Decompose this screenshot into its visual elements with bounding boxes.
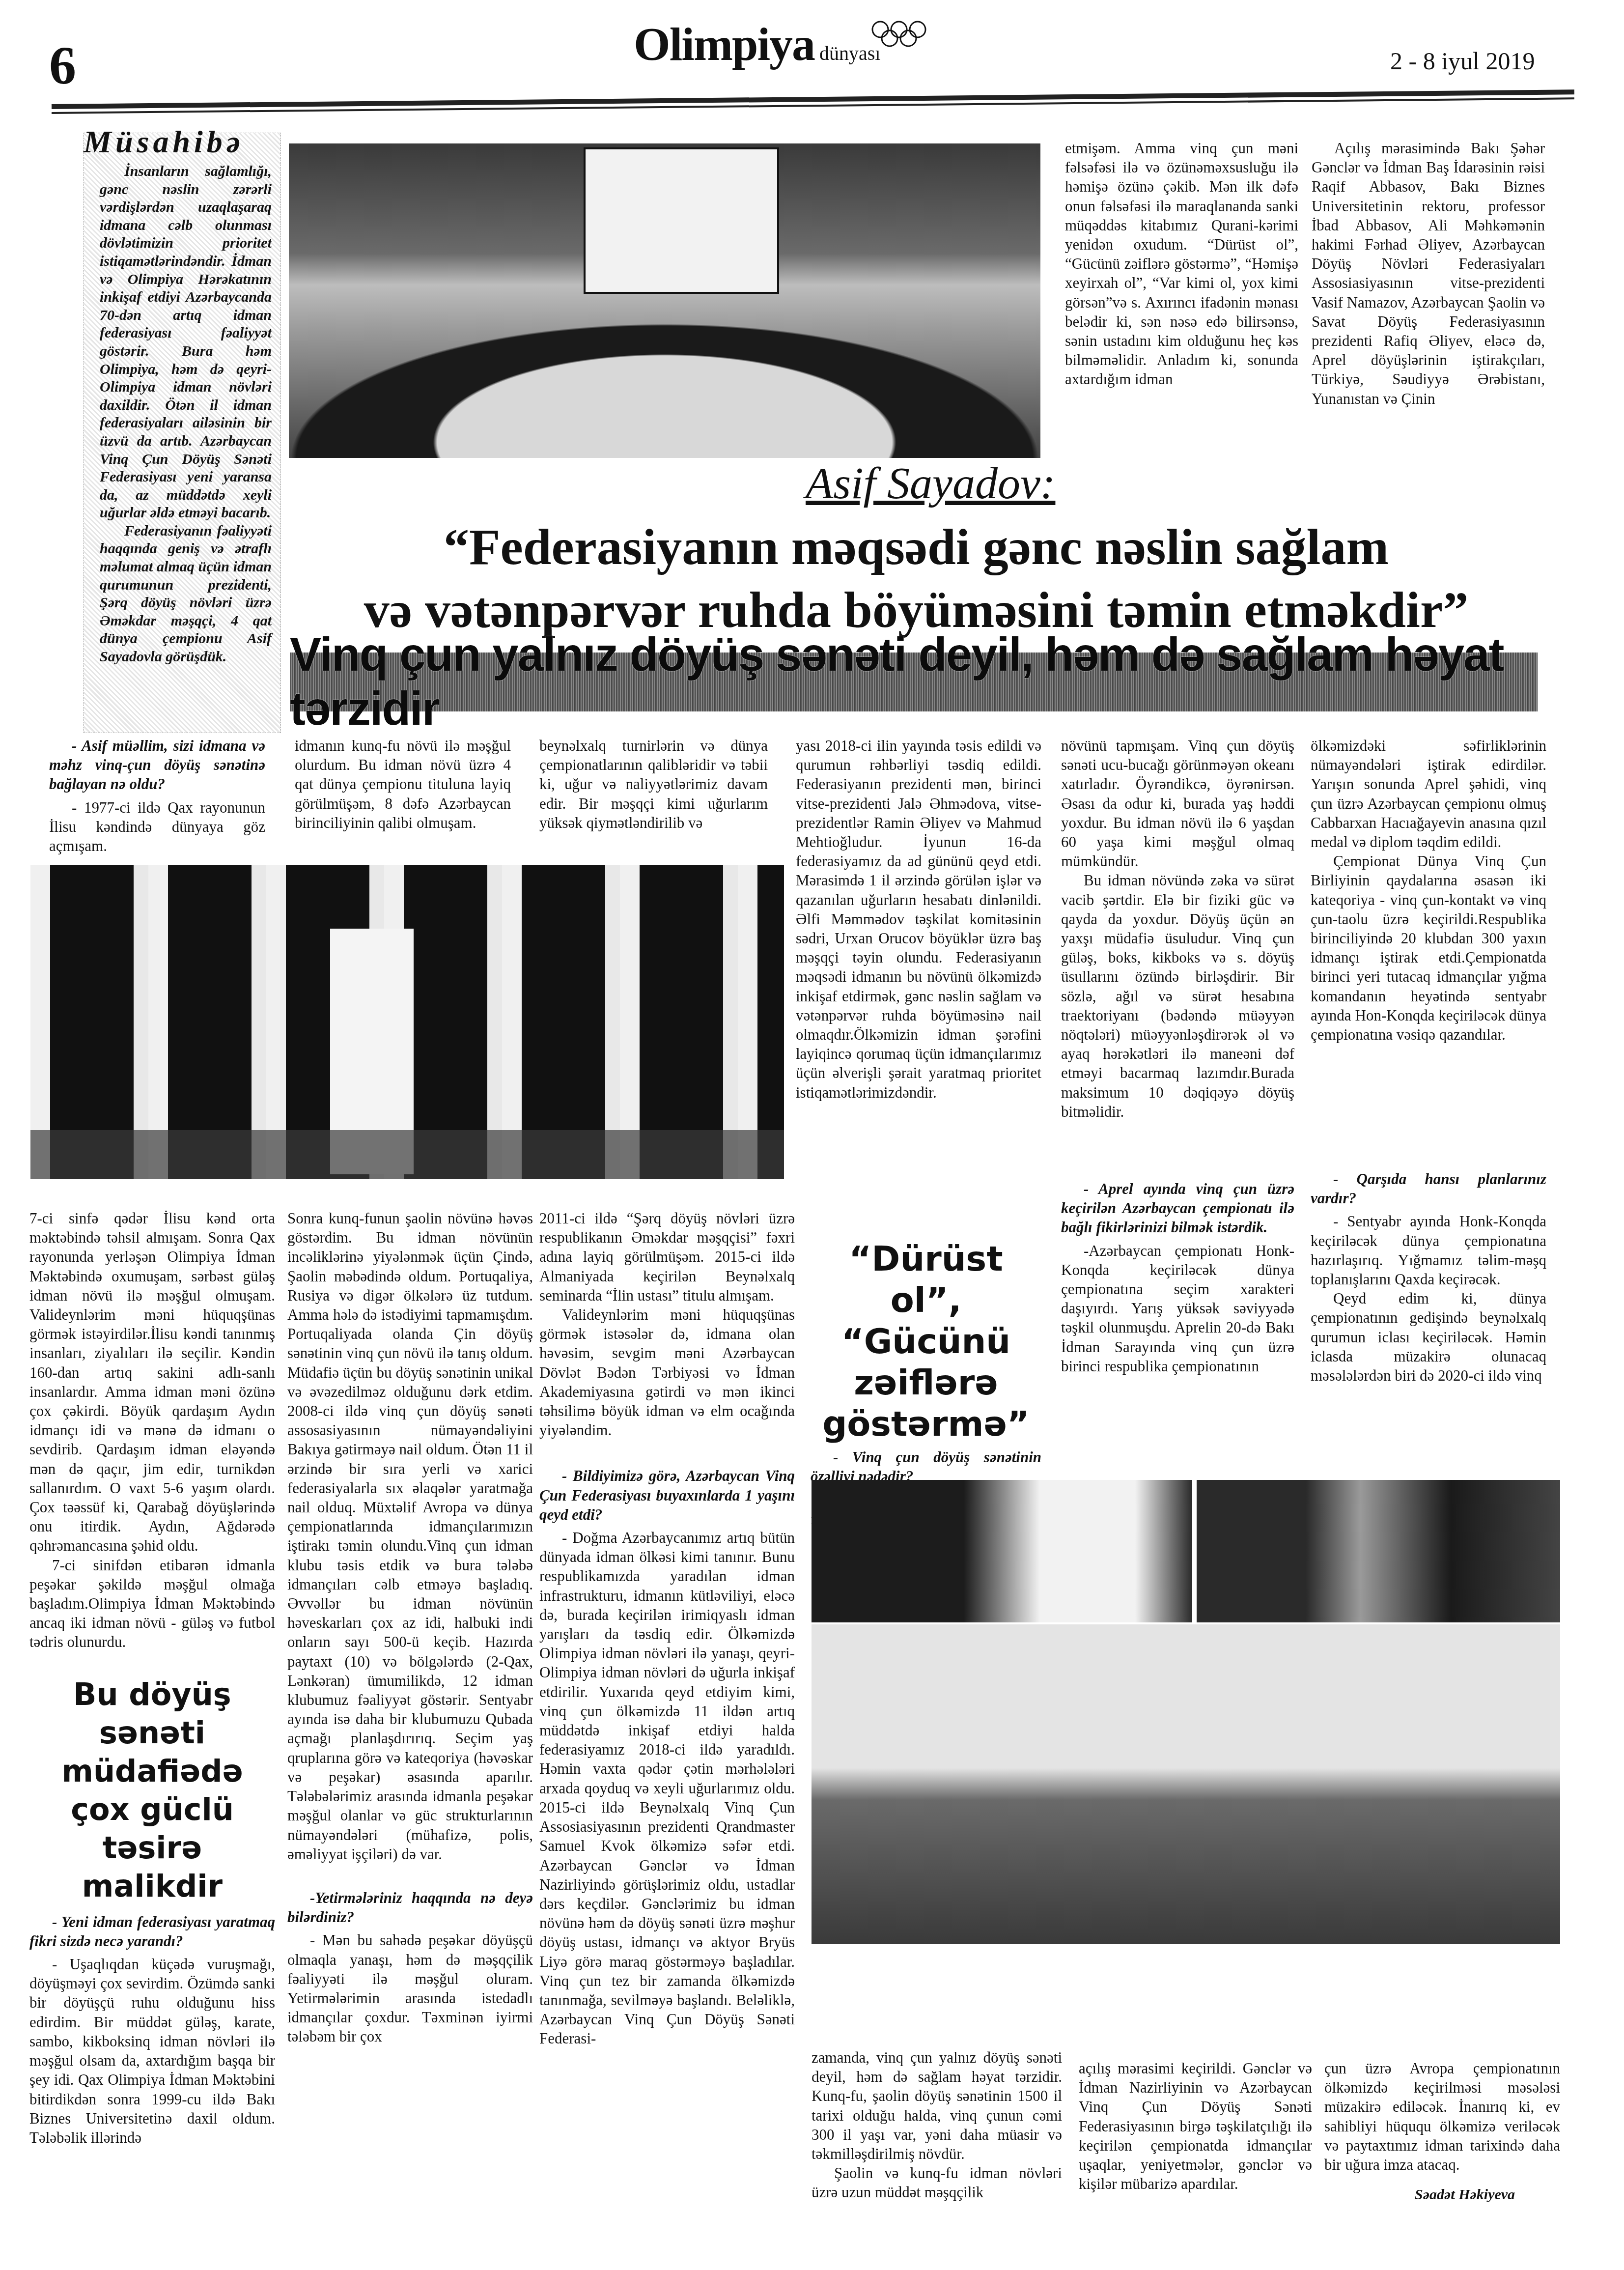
interviewee-name: Asif Sayadov: [806,457,1055,509]
paragraph: - Doğma Azərbaycanımız artıq bütün dünya… [539,1528,795,2048]
paragraph: 7-ci sinfə qədər İlisu kənd orta məktəbi… [29,1209,275,1556]
lower-col-4-bottom: zamanda, vinq çun yalnız döyüş sənəti de… [812,2048,1062,2202]
interview-question: - Aprel ayında vinq çun üzrə keçirilən A… [1061,1179,1294,1237]
paragraph: Açılış mərasimində Bakı Şəhər Gənclər və… [1312,139,1545,408]
issue-date: 2 - 8 iyul 2019 [1390,47,1535,75]
paragraph: yası 2018-ci ilin yayında təsis edildi v… [796,736,1041,1102]
interview-question: - Yeni idman federasiyası yaratmaq fikri… [29,1912,275,1951]
projection-screen [584,147,779,294]
paragraph: ölkəmizdəki səfirliklərinin nümayəndələr… [1311,736,1546,851]
paragraph: idmanın kunq-fu növü ilə məşğul olurdum.… [295,736,511,832]
team-photo [30,865,784,1179]
top-column-b: Açılış mərasimində Bakı Şəhər Gənclər və… [1312,139,1545,408]
paragraph: açılış mərasimi keçirildi. Gənclər və İd… [1079,2059,1312,2193]
paragraph: Sonra kunq-funun şaolin növünə həvəs gös… [287,1209,533,1864]
paragraph: Şaolin və kunq-fu idman növləri üzrə uzu… [812,2163,1062,2202]
interview-question: - Qarşıda hansı planlarınız vardır? [1311,1169,1546,1208]
paragraph: beynəlxalq turnirlərin və dünya çempiona… [539,736,768,832]
author-signature: Səadət Həkiyeva [1415,2186,1515,2203]
paragraph: çun üzrə Avropa çempionatının ölkəmizdə … [1324,2059,1560,2174]
row1-col-6: ölkəmizdəki səfirliklərinin nümayəndələr… [1311,736,1546,1044]
lower-col-5-bottom: açılış mərasimi keçirildi. Gənclər və İd… [1079,2059,1312,2193]
lower-col-6-bottom: çun üzrə Avropa çempionatının ölkəmizdə … [1324,2059,1560,2174]
interview-question: - Asif müəllim, sizi idmana və məhz vinq… [49,736,265,794]
paragraph: zamanda, vinq çun yalnız döyüş sənəti de… [812,2048,1062,2163]
training-photo-2 [1197,1480,1560,1622]
olympic-rings-icon [869,20,938,49]
paragraph: 2011-ci ildə “Şərq döyüş növləri üzrə re… [539,1209,795,1305]
quote-subheading: “Dürüst ol”, “Gücünü zəiflərə göstərmə” [811,1238,1041,1445]
lower-col-5-top: - Aprel ayında vinq çun üzrə keçirilən A… [1061,1179,1294,1376]
banner-subheadline: Vinq çun yalnız döyüş sənəti deyil, həm … [290,653,1538,711]
lower-col-6-top: - Qarşıda hansı planlarınız vardır? - Se… [1311,1169,1546,1385]
lower-col-1: 7-ci sinfə qədər İlisu kənd orta məktəbi… [29,1209,275,2147]
training-photo-1 [812,1480,1192,1622]
interview-question: - Bildiyimizə görə, Azərbaycan Vinq Çun … [539,1466,795,1524]
banner-text: Vinq çun yalnız döyüş sənəti deyil, həm … [290,628,1538,736]
row1-col-2: idmanın kunq-fu növü ilə məşğul olurdum.… [295,736,511,832]
paragraph: növünü tapmışam. Vinq çun döyüş sənəti u… [1061,736,1294,871]
intro-paragraph: İnsanların sağlamlığı, gənc nəslin zərər… [100,163,272,522]
paragraph: Çempionat Dünya Vinq Çun Birliyinin qayd… [1311,851,1546,1044]
paragraph: 7-ci sinifdən etibarən idmanla peşəkar ş… [29,1556,275,1652]
training-photo-3 [812,1624,1560,1944]
intro-paragraph: Federasiyanın fəaliyyəti haqqında geniş … [100,522,272,666]
top-column-a: etmişəm. Amma vinq çun məni fəlsəfəsi il… [1065,139,1298,389]
floor [30,1130,784,1179]
interview-question: -Yetirmələriniz haqqında nə deyə bilərdi… [287,1888,533,1927]
paragraph: Bu idman növündə zəka və sürət vacib şər… [1061,871,1294,1121]
paragraph: -Azərbaycan çempionatı Honk-Konqda keçir… [1061,1241,1294,1376]
headline-line-1: “Federasiyanın məqsədi gənc nəslin sağla… [314,516,1518,579]
intro-box: İnsanların sağlamlığı, gənc nəslin zərər… [84,133,281,733]
row1-col-4: yası 2018-ci ilin yayında təsis edildi v… [796,736,1041,1102]
logo-title: Olimpiya [634,21,814,68]
subheading: Bu döyüş sənəti müdafiədə çox güclü təsi… [29,1675,275,1905]
paragraph: Valideynlərim məni hüquqşünas görmək ist… [539,1305,795,1440]
row1-col-1: - Asif müəllim, sizi idmana və məhz vinq… [49,736,265,855]
headline: “Federasiyanın məqsədi gənc nəslin sağla… [314,516,1518,642]
paragraph: - Sentyabr ayında Honk-Konqda keçiriləcə… [1311,1212,1546,1289]
intro-text: İnsanların sağlamlığı, gənc nəslin zərər… [84,163,280,666]
meeting-photo [289,143,1040,458]
paragraph: etmişəm. Amma vinq çun məni fəlsəfəsi il… [1065,139,1298,389]
newspaper-logo: Olimpiya dünyası [634,14,880,68]
paragraph: - 1977-ci ildə Qax rayonunun İlisu kəndi… [49,798,265,856]
paragraph: - Mən bu sahədə peşəkar döyüşçü olmaqla … [287,1930,533,2046]
section-rubric: Müsahibə [84,124,244,160]
row1-col-3: beynəlxalq turnirlərin və dünya çempiona… [539,736,768,832]
paragraph: Qeyd edim ki, dünya çempionatının gedişi… [1311,1289,1546,1385]
lower-col-2: Sonra kunq-funun şaolin növünə həvəs gös… [287,1209,533,2046]
lower-col-3: 2011-ci ildə “Şərq döyüş növləri üzrə re… [539,1209,795,2048]
paragraph: - Uşaqlıqdan küçədə vuruşmağı, döyüşməyi… [29,1955,275,2147]
row1-col-5: növünü tapmışam. Vinq çun döyüş sənəti u… [1061,736,1294,1121]
page-number: 6 [49,34,76,97]
